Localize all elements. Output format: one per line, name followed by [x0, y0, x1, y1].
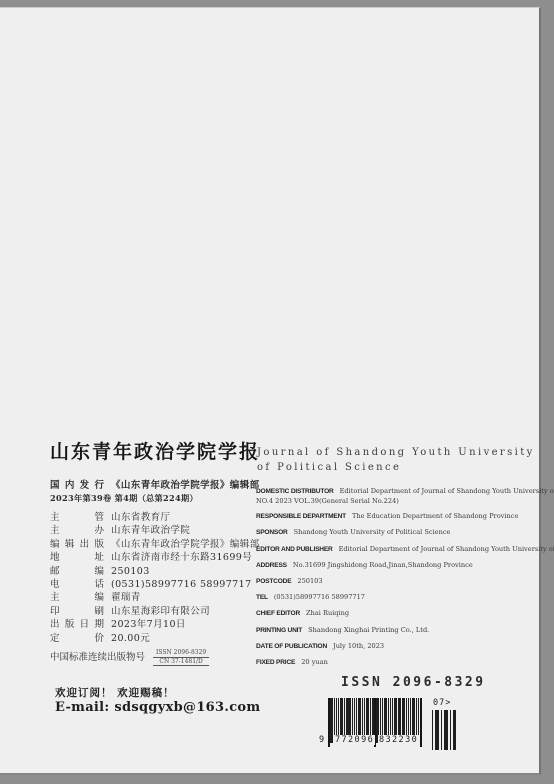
barcode-addon-text: 07> [433, 698, 451, 708]
en-row-fixed-price: FIXED PRICE20 yuan [256, 653, 532, 669]
china-standard-serial-number-row: 中国标准连续出版物号ISSN 2096-8329CN 37-1481/D [50, 649, 272, 666]
info-row-supervisor: 主管山东省教育厅 [50, 511, 272, 524]
domestic-distribution-row: 国内发行《山东青年政治学院学报》编辑部 [50, 479, 272, 492]
welcome-line: 欢迎订阅！ 欢迎赐稿！ [55, 687, 260, 700]
info-row-postcode: 邮编250103 [50, 565, 272, 578]
csn-fraction: ISSN 2096-8329CN 37-1481/D [153, 649, 209, 666]
csn-issn: ISSN 2096-8329 [153, 649, 209, 658]
journal-title-cn: 山东青年政治学院学报 [50, 437, 260, 464]
issn-barcode-block: ISSN 2096-8329 9 772096 832230 07> [314, 671, 489, 766]
en-row-printing-unit: PRINTING UNITShandong Xinghai Printing C… [256, 621, 532, 637]
en-row-sponsor: SPONSORShandong Youth University of Poli… [256, 523, 532, 539]
back-cover-page: 山东青年政治学院学报 Journal of Shandong Youth Uni… [0, 7, 541, 775]
info-row-telephone: 电话(0531)58997716 58997717 [50, 578, 272, 591]
info-row-publication-date: 出版日期2023年7月10日 [50, 618, 272, 631]
journal-title-en: Journal of Shandong Youth University of … [257, 445, 535, 475]
chinese-info-rows: 主管山东省教育厅 主办山东青年政治学院 编辑出版《山东青年政治学院学报》编辑部 … [50, 511, 272, 645]
info-row-printer: 印刷山东星海彩印有限公司 [50, 605, 272, 618]
barcode-guard-right [420, 698, 422, 747]
en-row-postcode: POSTCODE250103 [256, 572, 532, 588]
email-line: E-mail: sdsqgyxb@163.com [55, 700, 260, 716]
barcode-digit-lead: 9 [318, 735, 325, 745]
info-row-price: 定价20.00元 [50, 632, 272, 645]
en-row-domestic-distributor: DOMESTIC DISTRIBUTOREditorial Department… [256, 482, 532, 507]
english-publication-info: DOMESTIC DISTRIBUTOREditorial Department… [256, 482, 532, 669]
issue-volume-line: 2023年第39卷 第4期（总第224期） [50, 492, 272, 504]
chinese-publication-info: 国内发行《山东青年政治学院学报》编辑部 2023年第39卷 第4期（总第224期… [50, 479, 272, 666]
info-row-sponsor: 主办山东青年政治学院 [50, 524, 272, 537]
scanned-journal-back-cover: { "header": { "title_cn": "山东青年政治学院学报", … [0, 0, 554, 784]
domestic-distribution-label: 国内发行 [50, 479, 104, 492]
csn-cn-number: CN 37-1481/D [153, 658, 209, 667]
issn-number: ISSN 2096-8329 [341, 675, 486, 690]
en-row-address: ADDRESSNo.31699 Jingshidong Road,Jinan,S… [256, 556, 532, 572]
en-row-date-of-publication: DATE OF PUBLICATIONJuly 10th, 2023 [256, 637, 532, 653]
barcode-digit-group2: 832230 [378, 735, 419, 745]
barcode-guard-left [328, 698, 330, 747]
csn-label: 中国标准连续出版物号 [50, 652, 145, 663]
info-row-editor-publisher: 编辑出版《山东青年政治学院学报》编辑部 [50, 538, 272, 551]
en-row-tel: TEL(0531)58997716 58997717 [256, 588, 532, 604]
en-row-chief-editor: CHIEF EDITORZhai Ruiqing [256, 604, 532, 620]
en-row-responsible-department: RESPONSIBLE DEPARTMENTThe Education Depa… [256, 507, 532, 523]
info-row-address: 地址山东省济南市经十东路31699号 [50, 551, 272, 564]
subscription-footer: 欢迎订阅！ 欢迎赐稿！ E-mail: sdsqgyxb@163.com [55, 687, 260, 716]
journal-title-en-line2: of Political Science [257, 460, 535, 475]
domestic-distribution-value: 《山东青年政治学院学报》编辑部 [111, 480, 260, 491]
info-row-chief-editor: 主编翟瑞青 [50, 591, 272, 604]
en-row-editor-and-publisher: EDITOR AND PUBLISHEREditorial Department… [256, 540, 532, 556]
en-issue-volume-line: NO.4 2023 VOL.39(General Serial No.224) [256, 496, 532, 507]
journal-title-en-line1: Journal of Shandong Youth University [257, 445, 535, 460]
barcode-addon-bars [432, 710, 456, 750]
barcode-digit-group1: 772096 [334, 735, 375, 745]
